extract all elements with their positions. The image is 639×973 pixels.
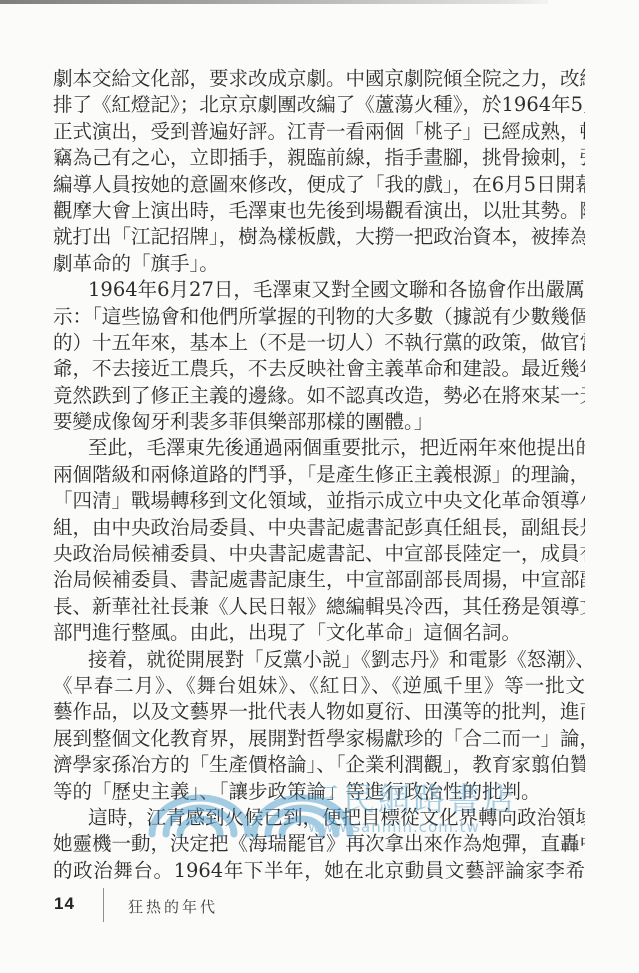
body-text-line: 正式演出，受到普遍好評。江青一看兩個「桃子」已經成熟，頓生 <box>53 119 585 145</box>
body-text-line: 「四清」戰場轉移到文化領域，並指示成立中央文化革命領導小 <box>53 488 585 514</box>
body-text-line: 藝作品，以及文藝界一批代表人物如夏衍、田漢等的批判，進而擴 <box>53 699 585 725</box>
body-text-line: 的政治舞台。1964年下半年，她在北京動員文藝評論家李希凡充當 <box>53 858 585 884</box>
body-text-line: 組，由中央政治局委員、中央書記處書記彭真任組長，副組長是中 <box>53 515 585 541</box>
body-text-line: 爺，不去接近工農兵，不去反映社會主義革命和建設。最近幾年， <box>53 356 585 382</box>
body-text-line: 1964年6月27日，毛澤東又對全國文聯和各協會作出嚴厲的批 <box>53 277 585 303</box>
body-text-line: 《早春二月》、《舞台姐妹》、《紅日》、《逆風千里》等一批文 <box>53 673 585 699</box>
body-text-line: 長、新華社社長兼《人民日報》總編輯吳冷西，其任務是領導文化 <box>53 594 585 620</box>
body-text-line: 排了《紅燈記》；北京京劇團改編了《蘆蕩火種》，於1964年5月初 <box>53 92 585 118</box>
body-text-line: 竊為己有之心，立即插手，親臨前線，指手畫腳，挑骨撿刺，強令 <box>53 145 585 171</box>
body-text: 劇本交給文化部，要求改成京劇。中國京劇院傾全院之力，改編彩排了《紅燈記》；北京京… <box>53 66 585 884</box>
body-text-line: 兩個階級和兩條道路的鬥爭，「是產生修正主義根源」的理論，從 <box>53 462 585 488</box>
running-title: 狂热的年代 <box>128 896 218 917</box>
page-number: 14 <box>54 894 75 914</box>
body-text-line: 她靈機一動，決定把《海瑞罷官》再次拿出來作為炮彈，直轟中國 <box>53 831 585 857</box>
body-text-line: 要變成像匈牙利裴多菲俱樂部那樣的團體。」 <box>53 409 585 435</box>
body-text-line: 接着，就從開展對「反黨小説」《劉志丹》和電影《怒潮》、 <box>53 647 585 673</box>
body-text-line: 劇本交給文化部，要求改成京劇。中國京劇院傾全院之力，改編彩 <box>53 66 585 92</box>
body-text-line: 劇革命的「旗手」。 <box>53 251 585 277</box>
body-text-line: 的）十五年來，基本上（不是一切人）不執行黨的政策，做官當老 <box>53 330 585 356</box>
body-text-line: 部門進行整風。由此，出現了「文化革命」這個名詞。 <box>53 620 585 646</box>
body-text-line: 這時，江青感到火候已到，便把目標從文化界轉向政治領域， <box>53 805 585 831</box>
footer-divider <box>103 888 104 922</box>
body-text-line: 治局候補委員、書記處書記康生，中宣部副部長周揚，中宣部副部 <box>53 567 585 593</box>
body-text-line: 展到整個文化教育界，展開對哲學家楊獻珍的「合二而一」論，經 <box>53 726 585 752</box>
body-text-line: 就打出「江記招牌」，樹為樣板戲，大撈一把政治資本，被捧為京 <box>53 224 585 250</box>
body-text-line: 濟學家孫冶方的「生產價格論」、「企業利潤觀」，教育家翦伯贊 <box>53 752 585 778</box>
body-text-line: 至此，毛澤東先後通過兩個重要批示，把近兩年來他提出的 <box>53 435 585 461</box>
body-text-line: 等的「歷史主義」、「讓步政策論」等進行政治性的批判。 <box>53 779 585 805</box>
body-text-line: 示：「這些協會和他們所掌握的刊物的大多數（據説有少數幾個好 <box>53 304 585 330</box>
scan-artifact-strip <box>0 0 548 4</box>
body-text-line: 編導人員按她的意圖來修改，便成了「我的戲」，在6月5日開幕的 <box>53 172 585 198</box>
body-text-line: 央政治局候補委員、中央書記處書記、中宣部長陸定一，成員有政 <box>53 541 585 567</box>
body-text-line: 觀摩大會上演出時，毛澤東也先後到場觀看演出，以壯其勢。隨後 <box>53 198 585 224</box>
body-text-line: 竟然跌到了修正主義的邊緣。如不認真改造，勢必在將來某一天， <box>53 383 585 409</box>
